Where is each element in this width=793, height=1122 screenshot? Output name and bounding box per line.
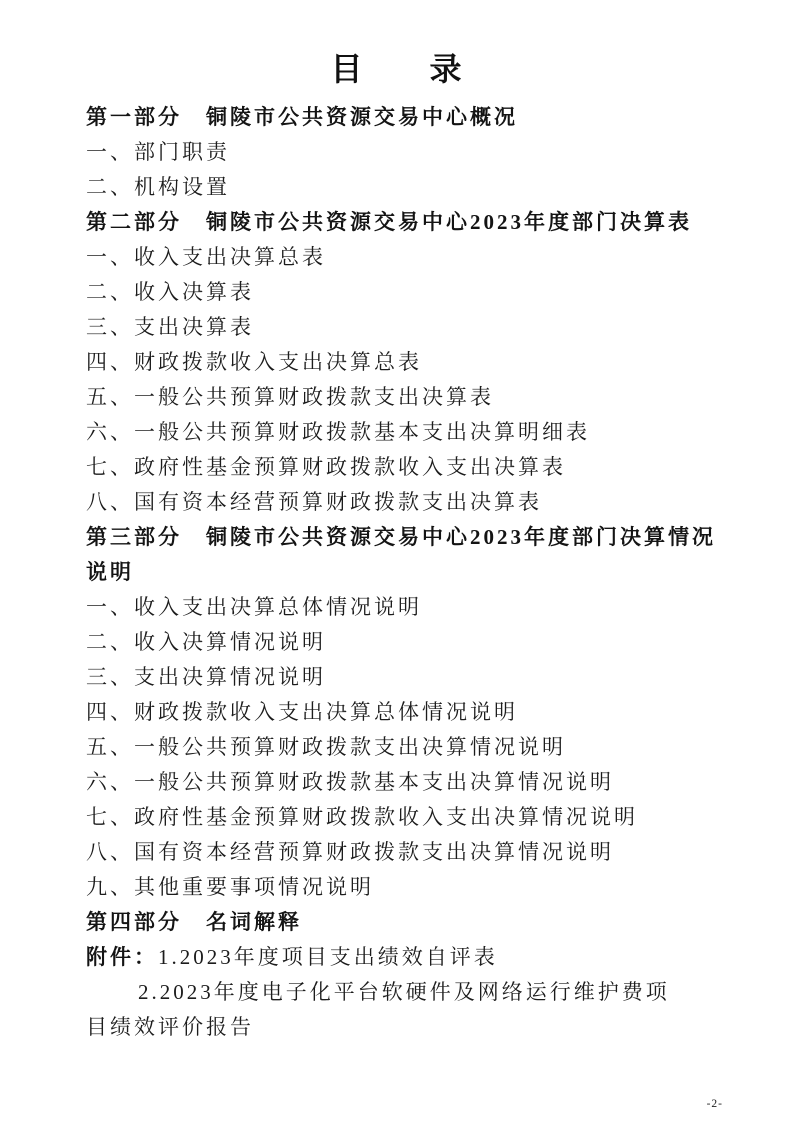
toc-line: 六、一般公共预算财政拨款基本支出决算情况说明 xyxy=(86,765,746,800)
toc-line-text: 五、一般公共预算财政拨款支出决算表 xyxy=(86,385,494,409)
toc-line: 一、收入支出决算总体情况说明 xyxy=(86,590,746,625)
toc-line-text: 六、一般公共预算财政拨款基本支出决算情况说明 xyxy=(86,770,614,794)
toc-line: 七、政府性基金预算财政拨款收入支出决算表 xyxy=(86,450,746,485)
toc-line-text-bold: 第二部分 铜陵市公共资源交易中心2023年度部门决算表 xyxy=(86,210,692,234)
toc-line-text: 2.2023年度电子化平台软硬件及网络运行维护费项 xyxy=(138,980,670,1004)
toc-line: 三、支出决算表 xyxy=(86,310,746,345)
toc-line-text-bold: 第一部分 铜陵市公共资源交易中心概况 xyxy=(86,105,518,129)
toc-list: 第一部分 铜陵市公共资源交易中心概况一、部门职责二、机构设置第二部分 铜陵市公共… xyxy=(86,100,746,1045)
toc-line: 2.2023年度电子化平台软硬件及网络运行维护费项 xyxy=(86,975,746,1010)
toc-line: 三、支出决算情况说明 xyxy=(86,660,746,695)
toc-line: 八、国有资本经营预算财政拨款支出决算情况说明 xyxy=(86,835,746,870)
toc-line: 八、国有资本经营预算财政拨款支出决算表 xyxy=(86,485,746,520)
toc-line-text: 四、财政拨款收入支出决算总体情况说明 xyxy=(86,700,518,724)
toc-line-text: 八、国有资本经营预算财政拨款支出决算情况说明 xyxy=(86,840,614,864)
toc-line: 二、机构设置 xyxy=(86,170,746,205)
toc-line: 第一部分 铜陵市公共资源交易中心概况 xyxy=(86,100,746,135)
page: 目 录 第一部分 铜陵市公共资源交易中心概况一、部门职责二、机构设置第二部分 铜… xyxy=(0,0,793,1122)
page-number: -2- xyxy=(707,1098,723,1110)
toc-line-text: 一、部门职责 xyxy=(86,140,230,164)
toc-line-text-bold: 说明 xyxy=(86,560,134,584)
toc-line-text: 二、收入决算情况说明 xyxy=(86,630,326,654)
toc-line: 一、部门职责 xyxy=(86,135,746,170)
toc-line-text: 二、机构设置 xyxy=(86,175,230,199)
toc-line-text: 三、支出决算表 xyxy=(86,315,254,339)
toc-line-text: 七、政府性基金预算财政拨款收入支出决算表 xyxy=(86,455,566,479)
toc-line: 五、一般公共预算财政拨款支出决算情况说明 xyxy=(86,730,746,765)
toc-line: 四、财政拨款收入支出决算总体情况说明 xyxy=(86,695,746,730)
toc-line-text: 九、其他重要事项情况说明 xyxy=(86,875,374,899)
toc-line: 第三部分 铜陵市公共资源交易中心2023年度部门决算情况 xyxy=(86,520,746,555)
toc-line-text: 七、政府性基金预算财政拨款收入支出决算情况说明 xyxy=(86,805,638,829)
toc-line: 七、政府性基金预算财政拨款收入支出决算情况说明 xyxy=(86,800,746,835)
toc-line: 五、一般公共预算财政拨款支出决算表 xyxy=(86,380,746,415)
toc-line: 二、收入决算情况说明 xyxy=(86,625,746,660)
toc-line: 一、收入支出决算总表 xyxy=(86,240,746,275)
toc-line: 六、一般公共预算财政拨款基本支出决算明细表 xyxy=(86,415,746,450)
toc-line-text: 一、收入支出决算总表 xyxy=(86,245,326,269)
toc-line-text-bold: 第四部分 名词解释 xyxy=(86,910,302,934)
toc-line-text-bold: 附件： xyxy=(86,945,158,969)
document-title: 目 录 xyxy=(0,0,793,88)
toc-line-text: 目绩效评价报告 xyxy=(86,1015,254,1039)
toc-line-text: 五、一般公共预算财政拨款支出决算情况说明 xyxy=(86,735,566,759)
toc-line-text: 一、收入支出决算总体情况说明 xyxy=(86,595,422,619)
toc-line: 九、其他重要事项情况说明 xyxy=(86,870,746,905)
toc-line-text-bold: 第三部分 铜陵市公共资源交易中心2023年度部门决算情况 xyxy=(86,525,716,549)
toc-line: 二、收入决算表 xyxy=(86,275,746,310)
toc-line: 目绩效评价报告 xyxy=(86,1010,746,1045)
toc-line: 附件：1.2023年度项目支出绩效自评表 xyxy=(86,940,746,975)
toc-line-text: 二、收入决算表 xyxy=(86,280,254,304)
toc-line: 第二部分 铜陵市公共资源交易中心2023年度部门决算表 xyxy=(86,205,746,240)
toc-line-text: 八、国有资本经营预算财政拨款支出决算表 xyxy=(86,490,542,514)
toc-line-text: 三、支出决算情况说明 xyxy=(86,665,326,689)
toc-line: 说明 xyxy=(86,555,746,590)
toc-line-text: 1.2023年度项目支出绩效自评表 xyxy=(158,945,498,969)
toc-line-text: 六、一般公共预算财政拨款基本支出决算明细表 xyxy=(86,420,590,444)
toc-line-text: 四、财政拨款收入支出决算总表 xyxy=(86,350,422,374)
toc-line: 第四部分 名词解释 xyxy=(86,905,746,940)
toc-line: 四、财政拨款收入支出决算总表 xyxy=(86,345,746,380)
